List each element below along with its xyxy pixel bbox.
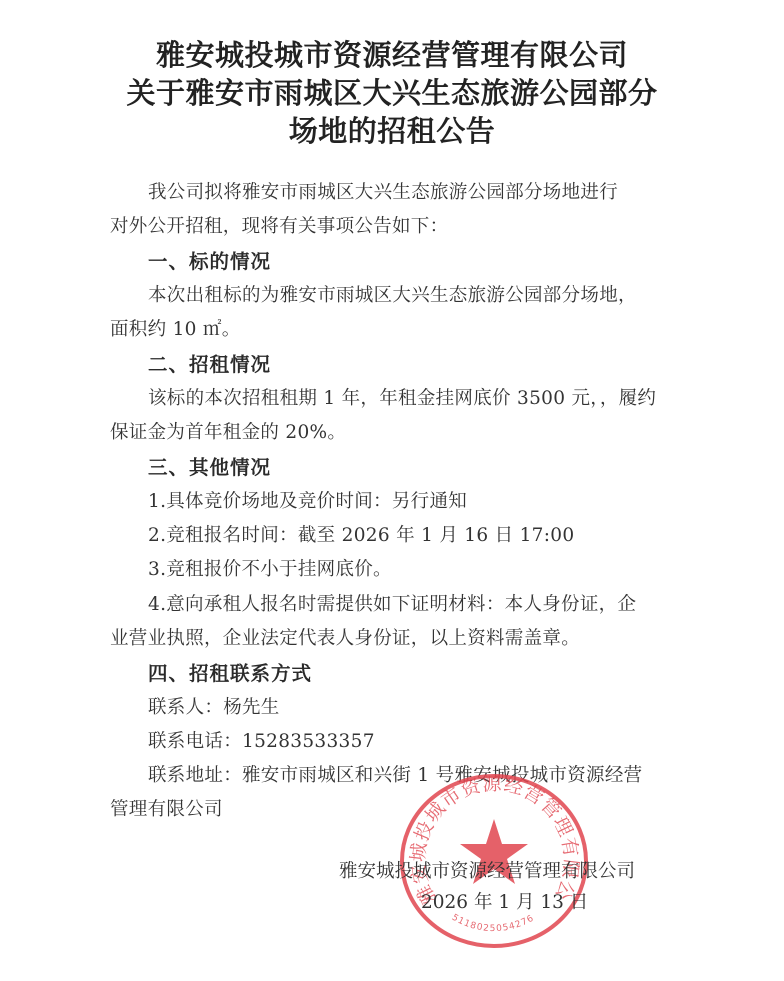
contact-person: 联系人：杨先生 [148, 693, 280, 719]
section-1-line-1: 本次出租标的为雅安市雨城区大兴生态旅游公园部分场地， [148, 281, 637, 307]
section-2-line-1: 该标的本次招租租期 1 年，年租金挂网底价 3500 元，，履约 [148, 384, 656, 410]
section-3-item-2: 2.竞租报名时间：截至 2026 年 1 月 16 日 17:00 [148, 521, 574, 547]
title-line-1: 雅安城投城市资源经营管理有限公司 [0, 36, 784, 74]
section-3-item-3: 3.竞租报价不小于挂网底价。 [148, 555, 392, 581]
section-3-item-4-cont: 业营业执照，企业法定代表人身份证，以上资料需盖章。 [110, 624, 580, 650]
signature-company: 雅安城投城市资源经营管理有限公司 [339, 857, 635, 883]
section-2-heading: 二、招租情况 [148, 349, 271, 377]
section-1-line-2: 面积约 10 ㎡。 [110, 315, 241, 341]
section-3-heading: 三、其他情况 [148, 452, 271, 480]
contact-address: 联系地址：雅安市雨城区和兴街 1 号雅安城投城市资源经营 [148, 761, 642, 787]
contact-address-cont: 管理有限公司 [110, 795, 223, 821]
intro-line-2: 对外公开招租，现将有关事项公告如下： [110, 212, 448, 238]
document-title: 雅安城投城市资源经营管理有限公司 关于雅安市雨城区大兴生态旅游公园部分 场地的招… [0, 36, 784, 150]
signature-date: 2026 年 1 月 13 日 [421, 888, 588, 914]
announcement-page: 雅安城投城市资源经营管理有限公司 关于雅安市雨城区大兴生态旅游公园部分 场地的招… [0, 0, 784, 981]
section-2-line-2: 保证金为首年租金的 20%。 [110, 418, 346, 444]
contact-phone: 联系电话：15283533357 [148, 727, 375, 753]
section-3-item-4: 4.意向承租人报名时需提供如下证明材料：本人身份证，企 [148, 590, 636, 616]
svg-text:5118025054276: 5118025054276 [450, 913, 536, 934]
section-4-heading: 四、招租联系方式 [148, 658, 312, 686]
title-line-2: 关于雅安市雨城区大兴生态旅游公园部分 [0, 74, 784, 112]
section-3-item-1: 1.具体竞价场地及竞价时间：另行通知 [148, 487, 467, 513]
title-line-3: 场地的招租公告 [0, 112, 784, 150]
intro-line-1: 我公司拟将雅安市雨城区大兴生态旅游公园部分场地进行 [148, 178, 618, 204]
section-1-heading: 一、标的情况 [148, 246, 271, 274]
